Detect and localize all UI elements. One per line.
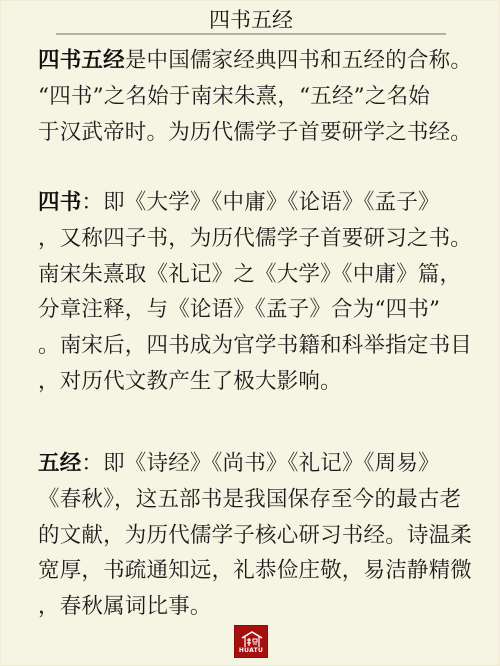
paragraph-line: 于汉武帝时。为历代儒学子首要研学之书经。 — [38, 115, 468, 151]
paragraph-line: “四书”之名始于南宋朱熹，“五经”之名始 — [38, 79, 468, 115]
paragraph-line: 南宋朱熹取《礼记》之《大学》《中庸》篇， — [38, 257, 468, 293]
paragraph-line: ，又称四子书，为历代儒学子首要研习之书。 — [38, 221, 468, 257]
huatu-house-logo-icon — [240, 630, 264, 648]
paragraph-line: 。南宋后，四书成为官学书籍和科举指定书目 — [38, 328, 468, 364]
title-divider — [56, 33, 446, 35]
paragraph-line: 的文献，为历代儒学子核心研习书经。诗温柔 — [38, 518, 468, 554]
paragraph-five-classics: 五经：即《诗经》《尚书》《礼记》《周易》 《春秋》，这五部书是我国保存至今的最古… — [38, 446, 468, 625]
paragraph-line: 分章注释，与《论语》《孟子》合为“四书” — [38, 292, 468, 328]
document-page: 四书五经 四书五经是中国儒家经典四书和五经的合称。 “四书”之名始于南宋朱熹，“… — [0, 0, 500, 666]
term-heading: 四书五经 — [38, 48, 125, 73]
line-text: ：即《诗经》《尚书》《礼记》《周易》 — [81, 451, 439, 476]
line-text: ：即《大学》《中庸》《论语》《孟子》 — [81, 190, 439, 215]
paragraph-line: 《春秋》，这五部书是我国保存至今的最古老 — [38, 482, 468, 518]
paragraph-line: ，对历代文教产生了极大影响。 — [38, 364, 468, 400]
paragraph-four-books: 四书：即《大学》《中庸》《论语》《孟子》 ，又称四子书，为历代儒学子首要研习之书… — [38, 185, 468, 400]
term-heading: 四书 — [38, 190, 81, 215]
line-text: 是中国儒家经典四书和五经的合称。 — [125, 48, 472, 73]
paragraph-line: 五经：即《诗经》《尚书》《礼记》《周易》 — [38, 446, 468, 482]
paragraph-line: 四书五经是中国儒家经典四书和五经的合称。 — [38, 43, 468, 79]
logo-text: HUATU — [239, 647, 263, 654]
paragraph-line: ，春秋属词比事。 — [38, 589, 468, 625]
paragraph-line: 四书：即《大学》《中庸》《论语》《孟子》 — [38, 185, 468, 221]
paragraph-intro: 四书五经是中国儒家经典四书和五经的合称。 “四书”之名始于南宋朱熹，“五经”之名… — [38, 43, 468, 150]
huatu-logo: HUATU — [234, 625, 268, 658]
paragraph-line: 宽厚，书疏通知远，礼恭俭庄敬，易洁静精微 — [38, 553, 468, 589]
term-heading: 五经 — [38, 451, 81, 476]
page-title: 四书五经 — [1, 7, 500, 33]
